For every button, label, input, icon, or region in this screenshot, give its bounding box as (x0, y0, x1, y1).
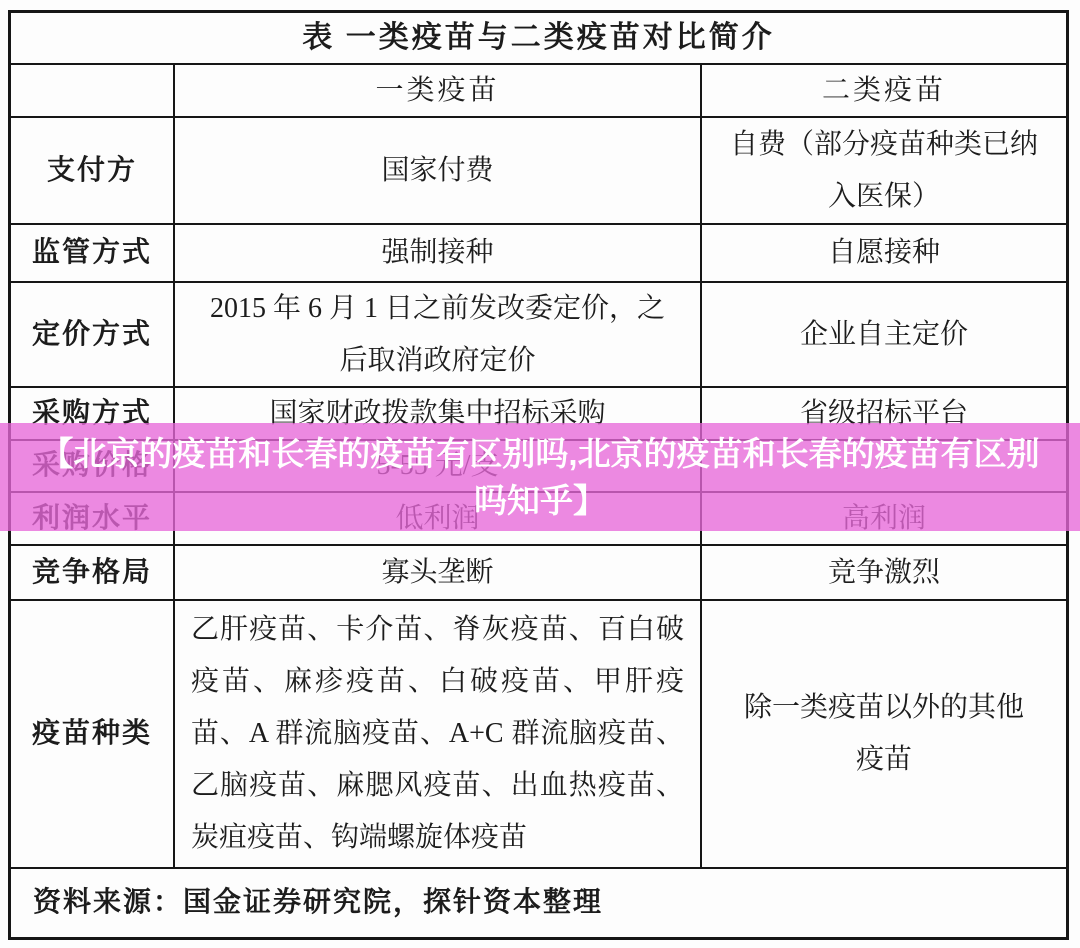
row-label-competition: 竞争格局 (11, 546, 175, 599)
payer-class1: 国家付费 (175, 118, 702, 223)
header-empty-cell (11, 65, 175, 116)
vaccine-kinds-class2: 除一类疫苗以外的其他疫苗 (702, 601, 1066, 867)
table-source: 资料来源：国金证券研究院，探针资本整理 (11, 869, 1066, 937)
vaccine-kinds-class1: 乙肝疫苗、卡介苗、脊灰疫苗、百白破疫苗、麻疹疫苗、白破疫苗、甲肝疫苗、A 群流脑… (175, 601, 702, 867)
regulation-class1: 强制接种 (175, 225, 702, 281)
header-class2-vaccine: 二类疫苗 (702, 65, 1066, 116)
table-title: 表 一类疫苗与二类疫苗对比简介 (11, 13, 1066, 63)
row-label-pricing: 定价方式 (11, 283, 175, 386)
competition-class2: 竞争激烈 (702, 546, 1066, 599)
payer-class2: 自费（部分疫苗种类已纳入医保） (702, 118, 1066, 223)
table-row-regulation: 监管方式 强制接种 自愿接种 (11, 225, 1066, 283)
table-row-vaccine-kinds: 疫苗种类 乙肝疫苗、卡介苗、脊灰疫苗、百白破疫苗、麻疹疫苗、白破疫苗、甲肝疫苗、… (11, 601, 1066, 869)
competition-class1: 寡头垄断 (175, 546, 702, 599)
regulation-class2: 自愿接种 (702, 225, 1066, 281)
table-source-row: 资料来源：国金证券研究院，探针资本整理 (11, 869, 1066, 937)
table-row-payer: 支付方 国家付费 自费（部分疫苗种类已纳入医保） (11, 118, 1066, 225)
page: 表 一类疫苗与二类疫苗对比简介 一类疫苗 二类疫苗 支付方 国家付费 自费（部分… (0, 0, 1080, 948)
table-row-competition: 竞争格局 寡头垄断 竞争激烈 (11, 546, 1066, 601)
pricing-class2: 企业自主定价 (702, 283, 1066, 386)
table-header-row: 一类疫苗 二类疫苗 (11, 65, 1066, 118)
table-row-pricing: 定价方式 2015 年 6 月 1 日之前发改委定价，之后取消政府定价 企业自主… (11, 283, 1066, 388)
watermark-overlay: 【北京的疫苗和长春的疫苗有区别吗,北京的疫苗和长春的疫苗有区别吗知乎】 (0, 423, 1080, 531)
pricing-class1: 2015 年 6 月 1 日之前发改委定价，之后取消政府定价 (175, 283, 702, 386)
watermark-text: 【北京的疫苗和长春的疫苗有区别吗,北京的疫苗和长春的疫苗有区别吗知乎】 (26, 430, 1054, 524)
header-class1-vaccine: 一类疫苗 (175, 65, 702, 116)
row-label-regulation: 监管方式 (11, 225, 175, 281)
row-label-vaccine-kinds: 疫苗种类 (11, 601, 175, 867)
table-title-row: 表 一类疫苗与二类疫苗对比简介 (11, 13, 1066, 65)
row-label-payer: 支付方 (11, 118, 175, 223)
